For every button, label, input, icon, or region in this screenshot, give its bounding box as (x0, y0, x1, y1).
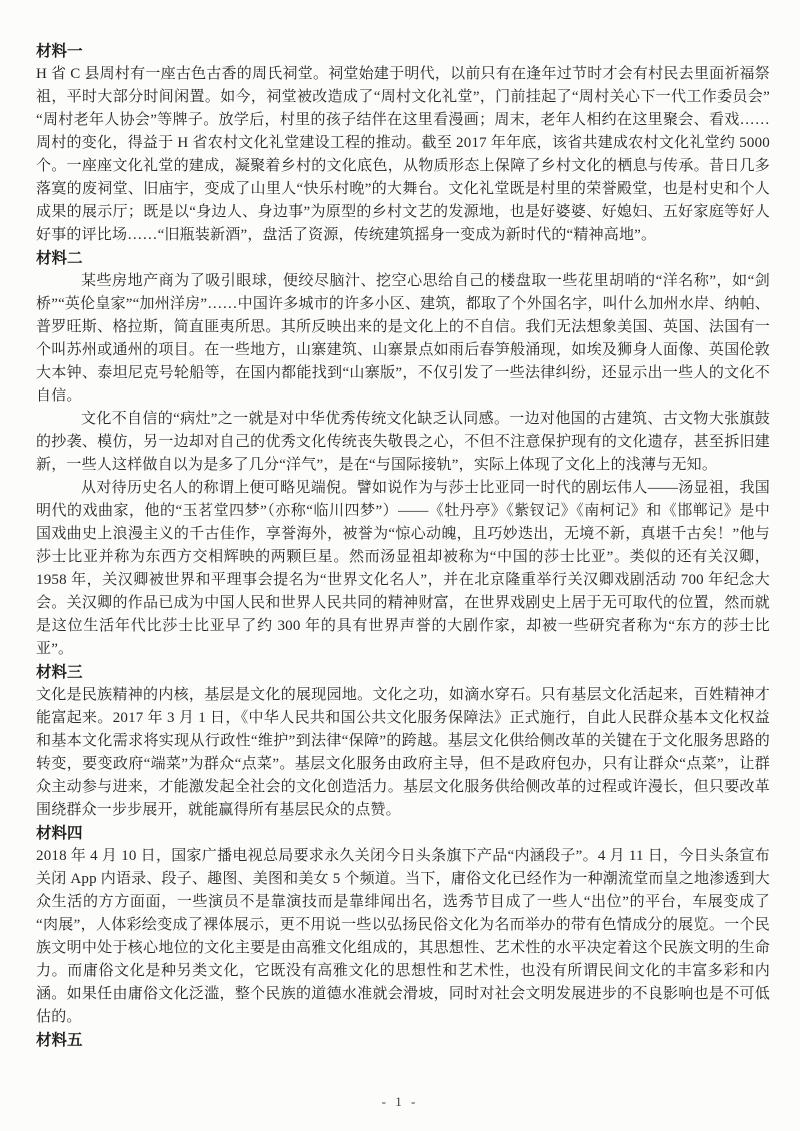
section-material-2: 材料二 某些房地产商为了吸引眼球，便绞尽脑汁、挖空心思给自己的楼盘取一些花里胡哨… (36, 247, 770, 661)
page-number: - 1 - (382, 1094, 419, 1109)
paragraph: 文化不自信的“病灶”之一就是对中华优秀传统文化缺乏认同感。一边对他国的古建筑、古… (36, 408, 770, 477)
paragraph: 从对待历史名人的称谓上便可略见端倪。譬如说作为与莎士比亚同一时代的剧坛伟人——汤… (36, 477, 770, 661)
paragraph: H 省 C 县周村有一座古色古香的周氏祠堂。祠堂始建于明代，以前只有在逢年过节时… (36, 63, 770, 247)
document-body: 材料一 H 省 C 县周村有一座古色古香的周氏祠堂。祠堂始建于明代，以前只有在逢… (36, 40, 770, 1052)
paragraph: 2018 年 4 月 10 日，国家广播电视总局要求永久关闭今日头条旗下产品“内… (36, 845, 770, 1029)
section-heading-material-3: 材料三 (36, 661, 770, 684)
page-footer: - 1 - (0, 1093, 800, 1111)
section-heading-material-5: 材料五 (36, 1029, 770, 1052)
section-material-1: 材料一 H 省 C 县周村有一座古色古香的周氏祠堂。祠堂始建于明代，以前只有在逢… (36, 40, 770, 247)
paragraph: 文化是民族精神的内核，基层是文化的展现园地。文化之功，如滴水穿石。只有基层文化活… (36, 684, 770, 822)
section-heading-material-1: 材料一 (36, 40, 770, 63)
section-heading-material-2: 材料二 (36, 247, 770, 270)
document-page: 材料一 H 省 C 县周村有一座古色古香的周氏祠堂。祠堂始建于明代，以前只有在逢… (0, 0, 800, 1131)
section-heading-material-4: 材料四 (36, 822, 770, 845)
paragraph: 某些房地产商为了吸引眼球，便绞尽脑汁、挖空心思给自己的楼盘取一些花里胡哨的“洋名… (36, 270, 770, 408)
section-material-5: 材料五 (36, 1029, 770, 1052)
section-material-4: 材料四 2018 年 4 月 10 日，国家广播电视总局要求永久关闭今日头条旗下… (36, 822, 770, 1029)
section-material-3: 材料三 文化是民族精神的内核，基层是文化的展现园地。文化之功，如滴水穿石。只有基… (36, 661, 770, 822)
